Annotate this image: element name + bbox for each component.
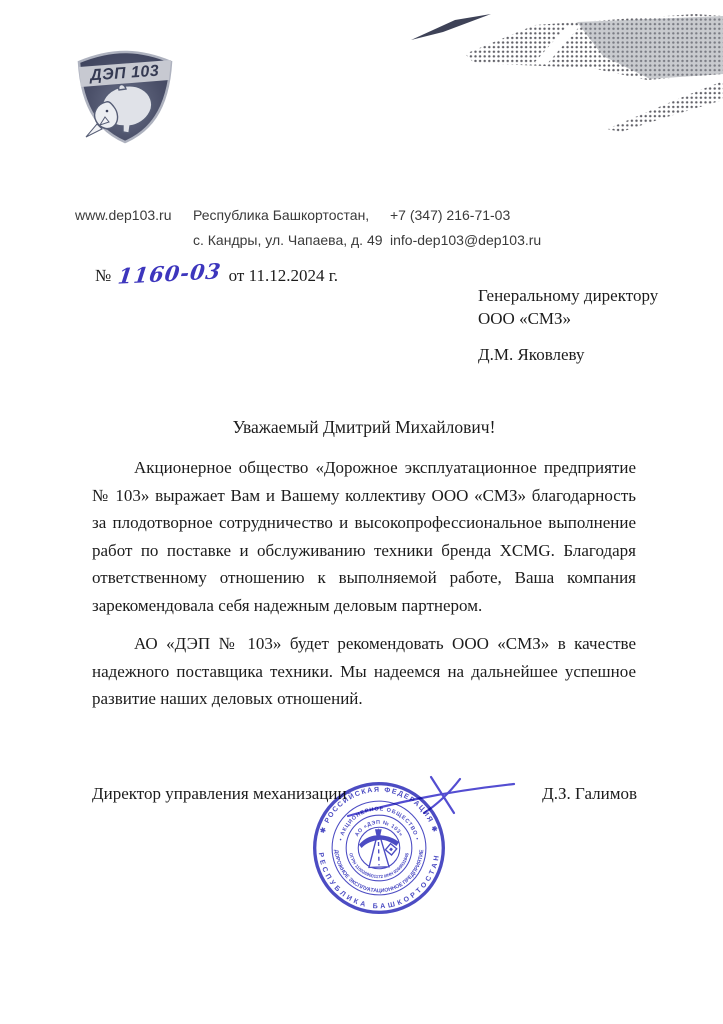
phone-text: +7 (347) 216-71-03: [390, 203, 541, 228]
email-text: info-dep103@dep103.ru: [390, 228, 541, 253]
address-block: Республика Башкортостан, с. Кандры, ул. …: [193, 203, 383, 253]
address-line-1: Республика Башкортостан,: [193, 203, 383, 228]
salutation: Уважаемый Дмитрий Михайлович!: [92, 417, 636, 438]
address-line-2: с. Кандры, ул. Чапаева, д. 49: [193, 228, 383, 253]
letter-body: Уважаемый Дмитрий Михайлович! Акционерно…: [92, 417, 636, 713]
signer-position: Директор управления механизации: [92, 784, 347, 804]
recipient-block: Генеральному директору ООО «СМЗ» Д.М. Як…: [478, 284, 658, 366]
road-bridge-icon: [359, 829, 399, 867]
recipient-name: Д.М. Яковлеву: [478, 343, 658, 366]
reference-line: № 1160-03 от 11.12.2024 г.: [95, 261, 338, 286]
halftone-small-swoosh: [607, 81, 723, 132]
dark-swoosh-shape: [411, 14, 491, 40]
recipient-company: ООО «СМЗ»: [478, 307, 658, 330]
dep103-logo: ДЭП 103: [66, 48, 184, 144]
number-sign: №: [95, 266, 111, 286]
paragraph-2: АО «ДЭП № 103» будет рекомендовать ООО «…: [92, 630, 636, 713]
recipient-position: Генеральному директору: [478, 284, 658, 307]
phone-email-block: +7 (347) 216-71-03 info-dep103@dep103.ru: [390, 203, 541, 253]
handwritten-number: 1160-03: [117, 258, 223, 289]
signer-name: Д.З. Галимов: [542, 784, 637, 804]
website-text: www.dep103.ru: [75, 203, 172, 228]
scanned-letter-page: ДЭП 103 www.dep103.ru Республика Башкорт…: [0, 0, 723, 1024]
halftone-swoosh-decoration: [395, 8, 723, 138]
paragraph-1: Акционерное общество «Дорожное эксплуата…: [92, 454, 636, 619]
handwritten-signature: [330, 760, 550, 830]
date-text: от 11.12.2024 г.: [229, 266, 338, 286]
